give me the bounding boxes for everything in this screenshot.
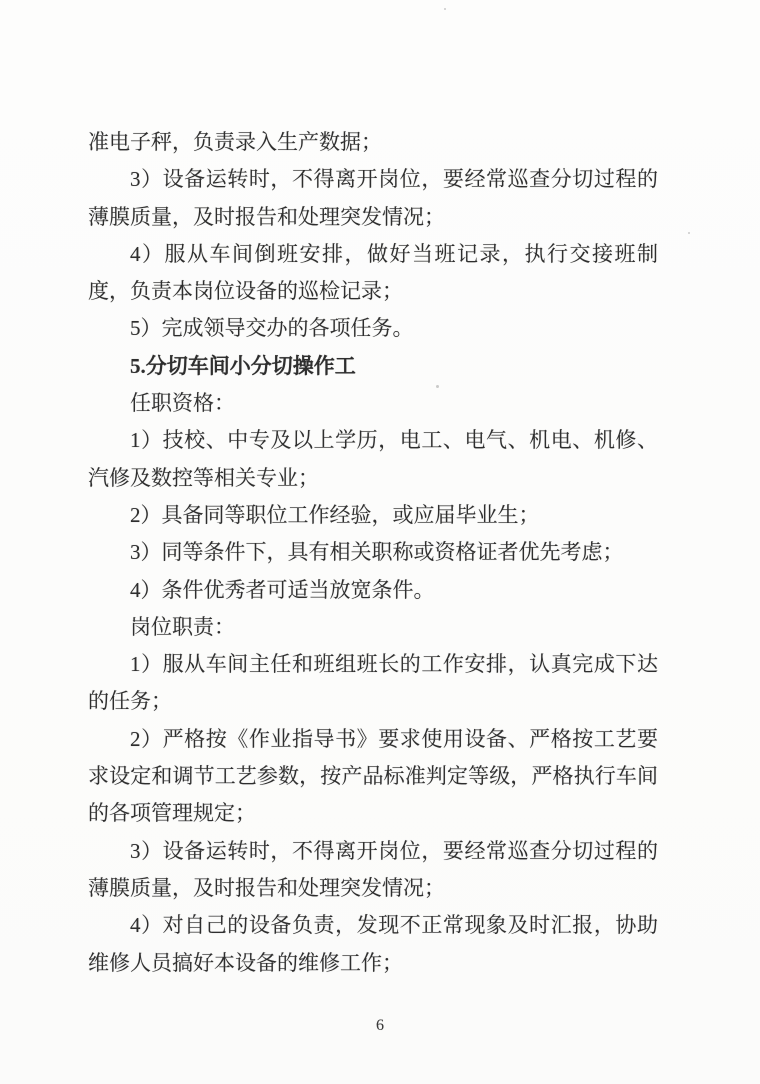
paragraph: 1）技校、中专及以上学历，电工、电气、机电、机修、汽修及数控等相关专业； xyxy=(88,422,658,497)
paragraph: 2）具备同等职位工作经验，或应届毕业生； xyxy=(88,497,658,534)
document-page: 准电子秤，负责录入生产数据；3）设备运转时，不得离开岗位，要经常巡查分切过程的薄… xyxy=(0,0,760,1084)
paragraph: 3）设备运转时，不得离开岗位，要经常巡查分切过程的薄膜质量，及时报告和处理突发情… xyxy=(88,833,658,908)
paragraph: 3）设备运转时，不得离开岗位，要经常巡查分切过程的薄膜质量，及时报告和处理突发情… xyxy=(88,161,658,236)
paragraph: 任职资格： xyxy=(88,385,658,422)
section-heading: 5.分切车间小分切操作工 xyxy=(88,348,658,385)
paragraph: 4）服从车间倒班安排，做好当班记录，执行交接班制度，负责本岗位设备的巡检记录； xyxy=(88,236,658,311)
scan-speck xyxy=(444,8,446,10)
paragraph: 5）完成领导交办的各项任务。 xyxy=(88,310,658,347)
scan-speck xyxy=(436,385,439,388)
scan-speck xyxy=(688,232,690,234)
paragraph: 4）条件优秀者可适当放宽条件。 xyxy=(88,572,658,609)
body-text: 准电子秤，负责录入生产数据；3）设备运转时，不得离开岗位，要经常巡查分切过程的薄… xyxy=(88,124,658,982)
paragraph: 岗位职责： xyxy=(88,609,658,646)
paragraph: 准电子秤，负责录入生产数据； xyxy=(88,124,658,161)
page-number: 6 xyxy=(0,1016,760,1036)
paragraph: 3）同等条件下，具有相关职称或资格证者优先考虑； xyxy=(88,534,658,571)
paragraph: 4）对自己的设备负责，发现不正常现象及时汇报，协助维修人员搞好本设备的维修工作； xyxy=(88,907,658,982)
paragraph: 1）服从车间主任和班组班长的工作安排，认真完成下达的任务； xyxy=(88,646,658,721)
paragraph: 2）严格按《作业指导书》要求使用设备、严格按工艺要求设定和调节工艺参数，按产品标… xyxy=(88,721,658,833)
